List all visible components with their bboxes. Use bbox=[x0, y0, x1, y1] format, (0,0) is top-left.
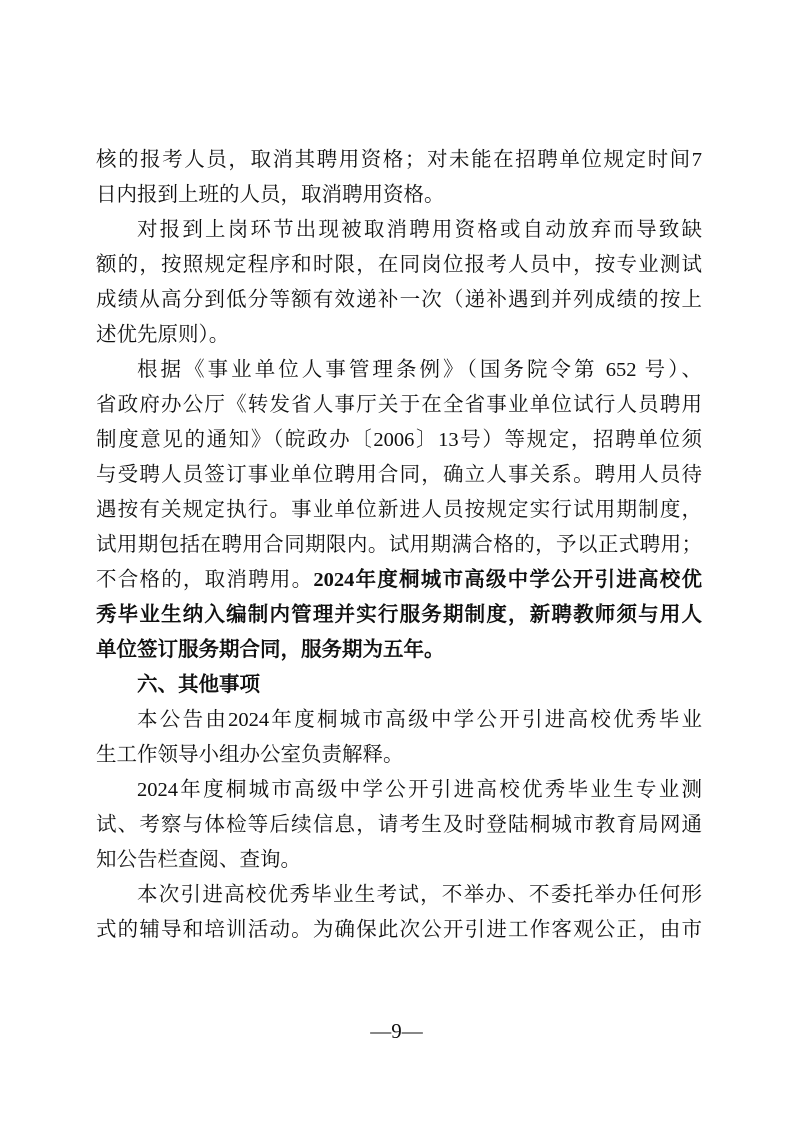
text-segment: 对报到上岗环节出现被取消聘用资格或自动放弃而导致缺 bbox=[137, 219, 702, 241]
text-segment: 制度意见的通知》（皖政办〔2006〕13号）等规定，招聘单位须 bbox=[96, 429, 702, 451]
text-line: 日内报到上班的人员，取消聘用资格。 bbox=[96, 178, 702, 213]
text-line: 六、其他事项 bbox=[96, 668, 702, 703]
text-segment: 本公告由2024年度桐城市高级中学公开引进高校优秀毕业 bbox=[137, 709, 702, 731]
text-segment: 式的辅导和培训活动。为确保此次公开引进工作客观公正，由市 bbox=[96, 919, 702, 941]
bold-text-segment: 2024年度桐城市高级中学公开引进高校优 bbox=[313, 569, 702, 591]
text-line: 与受聘人员签订事业单位聘用合同，确立人事关系。聘用人员待 bbox=[96, 458, 702, 493]
text-line: 本次引进高校优秀毕业生考试，不举办、不委托举办任何形 bbox=[96, 878, 702, 913]
text-line: 不合格的，取消聘用。2024年度桐城市高级中学公开引进高校优 bbox=[96, 563, 702, 598]
text-segment: 不合格的，取消聘用。 bbox=[96, 569, 313, 591]
text-segment: 日内报到上班的人员，取消聘用资格。 bbox=[96, 184, 445, 206]
document-page: 核的报考人员，取消其聘用资格；对未能在招聘单位规定时间7日内报到上班的人员，取消… bbox=[0, 0, 793, 1122]
text-segment: 述优先原则）。 bbox=[96, 324, 229, 346]
text-line: 遇按有关规定执行。事业单位新进人员按规定实行试用期制度， bbox=[96, 493, 702, 528]
text-line: 核的报考人员，取消其聘用资格；对未能在招聘单位规定时间7 bbox=[96, 143, 702, 178]
text-line: 根据《事业单位人事管理条例》（国务院令第 652 号）、 bbox=[96, 353, 702, 388]
text-segment: 知公告栏查阅、查询。 bbox=[96, 849, 301, 871]
text-line: 述优先原则）。 bbox=[96, 318, 702, 353]
text-line: 对报到上岗环节出现被取消聘用资格或自动放弃而导致缺 bbox=[96, 213, 702, 248]
text-line: 本公告由2024年度桐城市高级中学公开引进高校优秀毕业 bbox=[96, 703, 702, 738]
text-line: 单位签订服务期合同，服务期为五年。 bbox=[96, 633, 702, 668]
text-segment: 试用期包括在聘用合同期限内。试用期满合格的，予以正式聘用； bbox=[96, 534, 702, 556]
text-line: 额的，按照规定程序和时限，在同岗位报考人员中，按专业测试 bbox=[96, 248, 702, 283]
text-segment: 与受聘人员签订事业单位聘用合同，确立人事关系。聘用人员待 bbox=[96, 464, 702, 486]
text-line: 成绩从高分到低分等额有效递补一次（递补遇到并列成绩的按上 bbox=[96, 283, 702, 318]
text-line: 试、考察与体检等后续信息，请考生及时登陆桐城市教育局网通 bbox=[96, 808, 702, 843]
text-line: 制度意见的通知》（皖政办〔2006〕13号）等规定，招聘单位须 bbox=[96, 423, 702, 458]
text-line: 生工作领导小组办公室负责解释。 bbox=[96, 738, 702, 773]
text-segment: 额的，按照规定程序和时限，在同岗位报考人员中，按专业测试 bbox=[96, 254, 702, 276]
bold-text-segment: 六、其他事项 bbox=[137, 674, 260, 696]
text-segment: 本次引进高校优秀毕业生考试，不举办、不委托举办任何形 bbox=[137, 884, 702, 906]
text-segment: 2024年度桐城市高级中学公开引进高校优秀毕业生专业测 bbox=[137, 779, 702, 801]
text-segment: 省政府办公厅《转发省人事厅关于在全省事业单位试行人员聘用 bbox=[96, 394, 702, 416]
bold-text-segment: 秀毕业生纳入编制内管理并实行服务期制度，新聘教师须与用人 bbox=[96, 604, 702, 626]
text-line: 秀毕业生纳入编制内管理并实行服务期制度，新聘教师须与用人 bbox=[96, 598, 702, 633]
text-segment: 核的报考人员，取消其聘用资格；对未能在招聘单位规定时间7 bbox=[96, 149, 702, 171]
text-segment: 成绩从高分到低分等额有效递补一次（递补遇到并列成绩的按上 bbox=[96, 289, 702, 311]
page-number: —9— bbox=[0, 1016, 793, 1046]
text-segment: 生工作领导小组办公室负责解释。 bbox=[96, 744, 404, 766]
text-line: 式的辅导和培训活动。为确保此次公开引进工作客观公正，由市 bbox=[96, 913, 702, 948]
bold-text-segment: 单位签订服务期合同，服务期为五年。 bbox=[96, 639, 445, 661]
text-line: 2024年度桐城市高级中学公开引进高校优秀毕业生专业测 bbox=[96, 773, 702, 808]
text-line: 省政府办公厅《转发省人事厅关于在全省事业单位试行人员聘用 bbox=[96, 388, 702, 423]
document-body: 核的报考人员，取消其聘用资格；对未能在招聘单位规定时间7日内报到上班的人员，取消… bbox=[96, 143, 702, 948]
text-line: 试用期包括在聘用合同期限内。试用期满合格的，予以正式聘用； bbox=[96, 528, 702, 563]
text-segment: 根据《事业单位人事管理条例》（国务院令第 652 号）、 bbox=[137, 359, 702, 381]
text-segment: 遇按有关规定执行。事业单位新进人员按规定实行试用期制度， bbox=[96, 499, 702, 521]
text-segment: 试、考察与体检等后续信息，请考生及时登陆桐城市教育局网通 bbox=[96, 814, 702, 836]
text-line: 知公告栏查阅、查询。 bbox=[96, 843, 702, 878]
